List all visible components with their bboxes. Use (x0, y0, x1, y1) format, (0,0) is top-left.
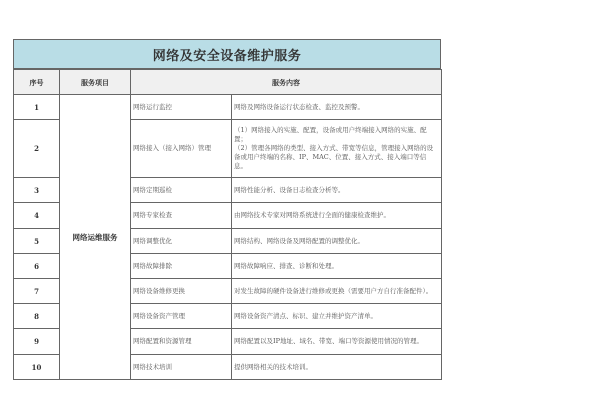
row-index: 10 (14, 355, 60, 380)
service-table: 序号 服务项目 服务内容 1 网络运维服务 网络运行监控 网络及网络设备运行状态… (13, 69, 442, 380)
row-content: 由网络技术专家对网络系统进行全面的健康检查维护。 (232, 203, 442, 229)
service-sheet: 网络及安全设备维护服务 序号 服务项目 服务内容 1 网络运维服务 网络运行监控… (13, 39, 441, 380)
row-content: 对发生故障的硬件设备进行维修或更换（需要用户方自行准备配件）。 (232, 279, 442, 304)
row-index: 5 (14, 229, 60, 254)
header-row: 序号 服务项目 服务内容 (14, 70, 442, 95)
row-index: 7 (14, 279, 60, 304)
row-item: 网络专家检查 (131, 203, 232, 229)
row-index: 8 (14, 304, 60, 329)
content-line: （2）管理各网络的类型、接入方式、带宽等信息，管理接入网络的设备或用户终端的名称… (234, 144, 439, 171)
row-index: 4 (14, 203, 60, 229)
row-content: （1）网络接入的实施、配置，设备或用户终端接入网络的实施、配置； （2）管理各网… (232, 120, 442, 178)
sheet-title: 网络及安全设备维护服务 (13, 39, 441, 69)
row-index: 6 (14, 254, 60, 279)
row-item: 网络接入（接入网络）管理 (131, 120, 232, 178)
row-index: 1 (14, 95, 60, 120)
row-index: 3 (14, 178, 60, 203)
row-content: 网络设备资产清点、标识、建立并维护资产清单。 (232, 304, 442, 329)
content-line: （1）网络接入的实施、配置，设备或用户终端接入网络的实施、配置； (234, 126, 439, 144)
service-category: 网络运维服务 (60, 95, 131, 380)
header-service-content: 服务内容 (131, 70, 442, 95)
row-index: 2 (14, 120, 60, 178)
header-index: 序号 (14, 70, 60, 95)
table-row: 1 网络运维服务 网络运行监控 网络及网络设备运行状态检查、监控及预警。 (14, 95, 442, 120)
row-item: 网络配置和资源管理 (131, 329, 232, 355)
header-service-item: 服务项目 (60, 70, 131, 95)
row-content: 网络性能分析、设备日志检查分析等。 (232, 178, 442, 203)
row-item: 网络运行监控 (131, 95, 232, 120)
row-content: 网络故障响应、排查、诊断和处理。 (232, 254, 442, 279)
row-item: 网络调整优化 (131, 229, 232, 254)
row-content: 网络及网络设备运行状态检查、监控及预警。 (232, 95, 442, 120)
row-item: 网络定期巡检 (131, 178, 232, 203)
row-content: 网络结构、网络设备及网络配置的调整优化。 (232, 229, 442, 254)
row-index: 9 (14, 329, 60, 355)
row-content: 提供网络相关的技术培训。 (232, 355, 442, 380)
row-item: 网络设备资产管理 (131, 304, 232, 329)
row-item: 网络设备维修更换 (131, 279, 232, 304)
row-item: 网络技术培训 (131, 355, 232, 380)
row-item: 网络故障排除 (131, 254, 232, 279)
row-content: 网络配置以及IP地址、域名、带宽、端口等资源使用情况的管理。 (232, 329, 442, 355)
